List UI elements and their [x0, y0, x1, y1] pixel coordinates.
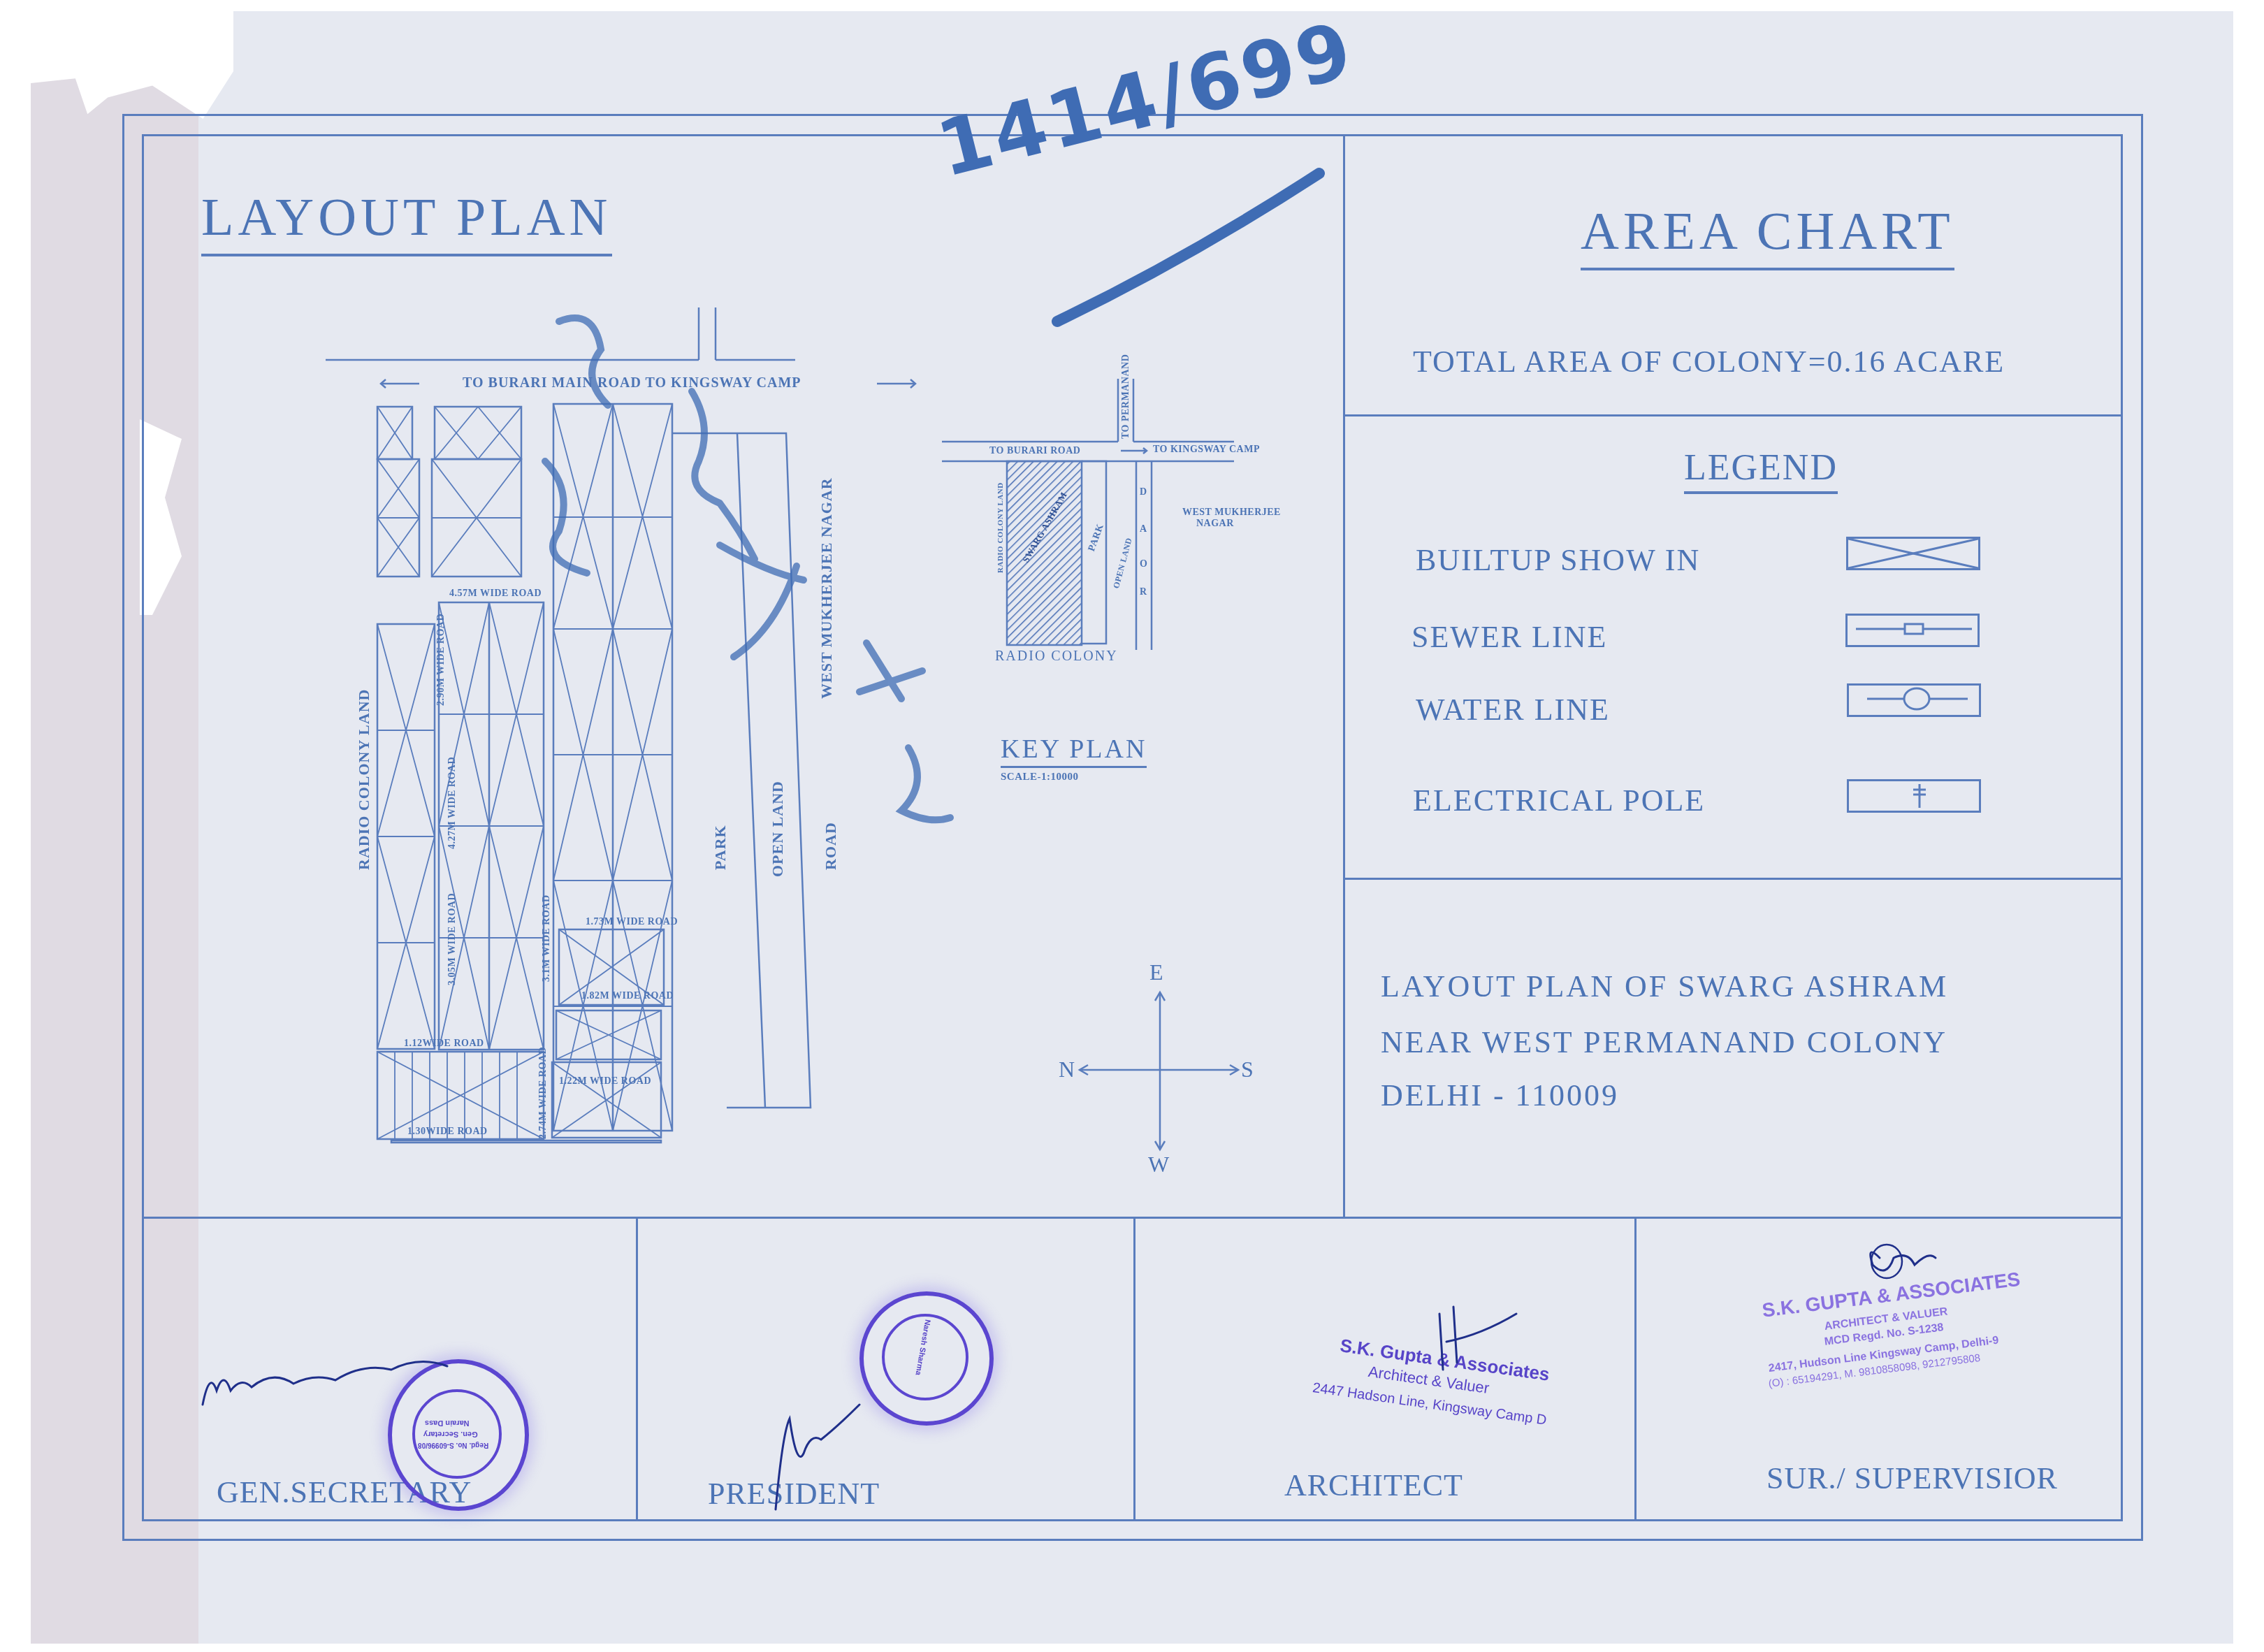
supervisor-label: SUR./ SUPERVISIOR [1766, 1461, 2058, 1496]
compass-west: W [1148, 1152, 1170, 1178]
compass-north: N [1059, 1057, 1076, 1082]
compass-arrows-icon [0, 0, 2264, 1652]
stamp-text: Gen. Secretary [423, 1430, 478, 1438]
president-label: PRESIDENT [708, 1476, 880, 1512]
compass-east: E [1149, 959, 1165, 985]
compass-south: S [1241, 1057, 1255, 1082]
stamp-text: Narain Dass [425, 1419, 470, 1427]
stamp-text: Regd. No. S-60996/08 [418, 1441, 488, 1449]
architect-label: ARCHITECT [1284, 1468, 1463, 1503]
